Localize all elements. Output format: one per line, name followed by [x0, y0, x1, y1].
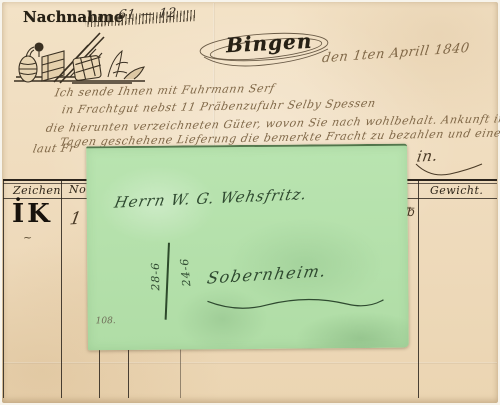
label-destination: Sobernheim.: [206, 261, 329, 288]
shipping-mark-squiggle: ~: [23, 231, 33, 244]
label-tally-left: 28-6: [149, 262, 162, 291]
place-name: Bingen: [225, 29, 312, 57]
column-header-zeichen-text: Zeichen: [13, 184, 61, 197]
goods-vignette-illustration: [12, 27, 147, 85]
table-divider-1: [61, 179, 62, 398]
address-label: Herrn W. G. Wehsfritz. 28-6 24-6 Sobernh…: [86, 144, 409, 351]
label-note: 108.: [96, 316, 116, 326]
label-addressee-text: Herrn W. G. Wehsfritz.: [113, 185, 309, 212]
shipping-mark-squiggle-text: ~: [23, 231, 33, 244]
goods-vignette-svg: [12, 27, 147, 85]
scanned-document: Nachnahme 61 — 12: [0, 0, 500, 405]
body-line-5-left-text: laut Fr: [32, 142, 77, 156]
label-addressee: Herrn W. G. Wehsfritz.: [113, 185, 309, 212]
shipping-mark: İK: [12, 199, 53, 229]
column-header-gewicht: Gewicht.: [430, 184, 483, 197]
label-destination-swash: [205, 292, 385, 312]
body-line-5-swash: [414, 160, 484, 178]
table-border-left: [3, 179, 4, 398]
destination-swash-svg: [205, 292, 385, 312]
fold-crease-horizontal: [3, 362, 497, 364]
amount-handwritten: 61 — 12: [117, 6, 178, 23]
table-divider-gewicht: [418, 179, 419, 398]
label-destination-text: Sobernheim.: [206, 261, 329, 288]
label-note-text: 108.: [96, 316, 116, 326]
body-line-5-left: laut Fr: [32, 142, 77, 156]
label-tally-stroke: [165, 243, 170, 320]
place-name-text: Bingen: [225, 29, 312, 57]
label-tally-left-text: 28-6: [149, 262, 162, 291]
shipping-mark-text: İK: [12, 199, 53, 229]
column-header-zeichen: Zeichen: [13, 184, 61, 197]
column-header-gewicht-text: Gewicht.: [430, 184, 483, 197]
swash-svg: [414, 160, 484, 178]
label-tally-right: 24-6: [178, 257, 194, 287]
amount-text: 61 — 12: [117, 6, 178, 23]
label-tally-right-text: 24-6: [178, 257, 194, 287]
